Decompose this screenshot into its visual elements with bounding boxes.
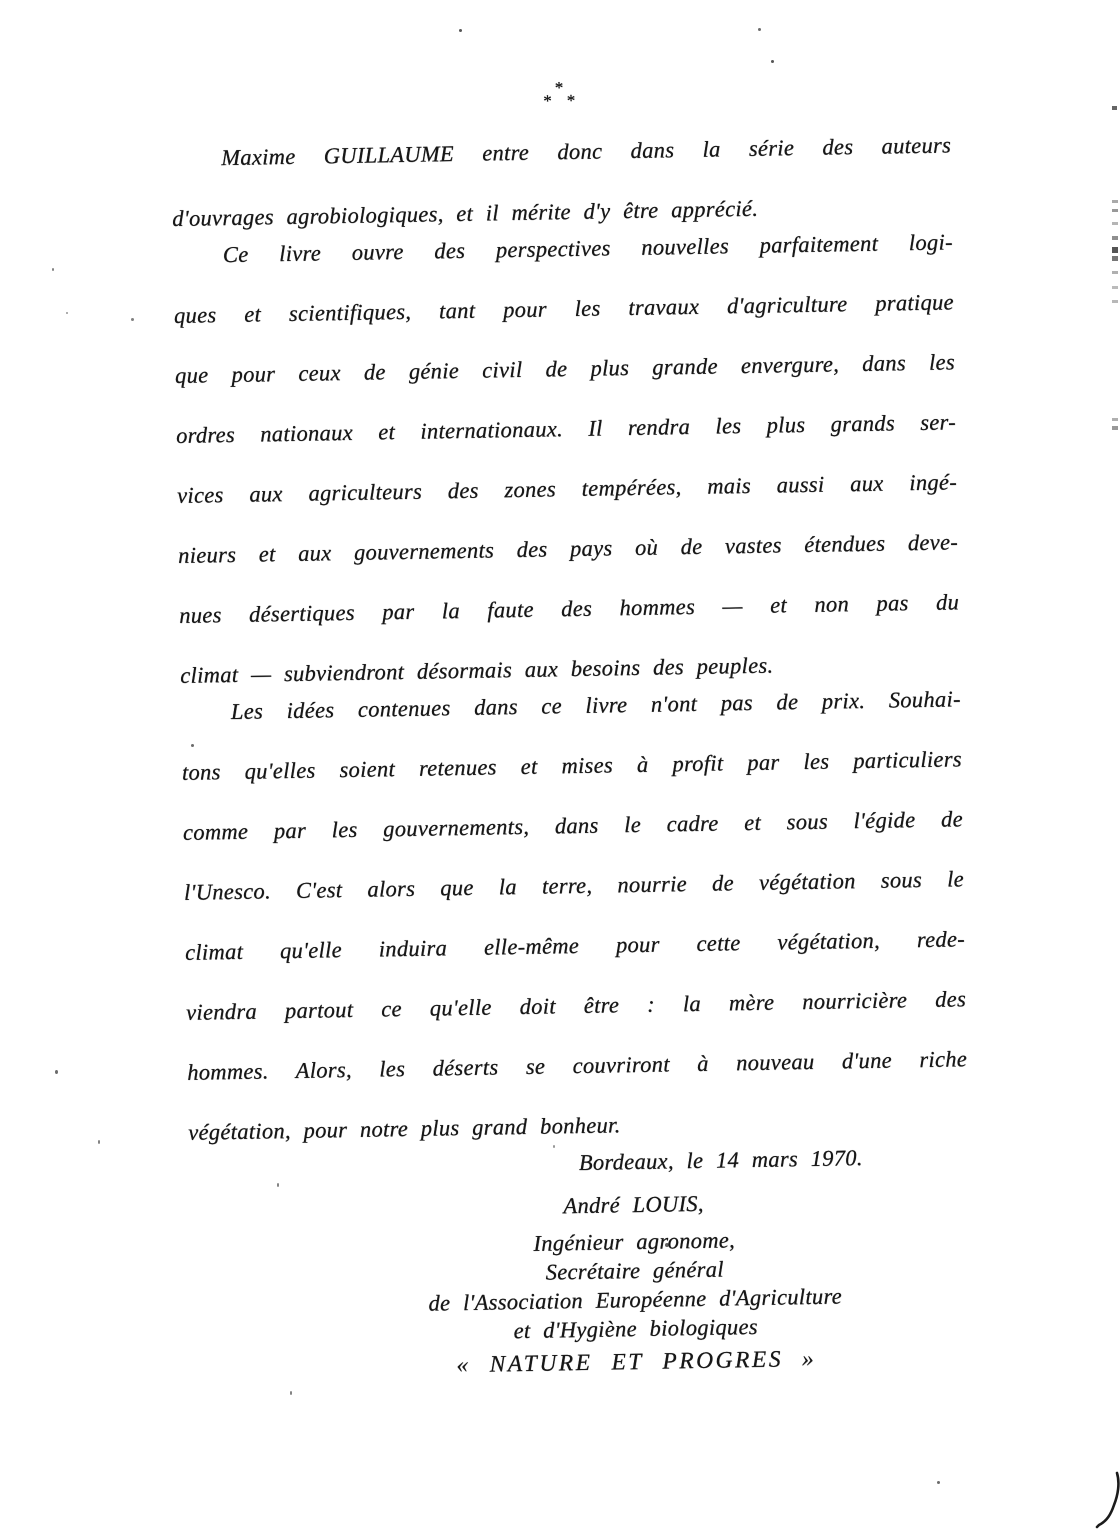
ornament-bottom-row: * * [538,94,582,108]
signature-motto: « NATURE ET PROGRES » [300,1342,972,1383]
paragraph-1: Maxime GUILLAUME entre donc dans la séri… [171,130,952,234]
paragraph-2: Ce livre ouvre des perspectives nouvelle… [173,227,961,691]
signature-name: André LOUIS, [297,1184,969,1225]
asterisk-ornament: * * * [538,81,582,108]
page-text-block: * * * Maxime GUILLAUME entre donc dans l… [170,74,973,1384]
pen-squiggle-mark [1094,1470,1120,1531]
paragraph-3: Les idées contenues dans ce livre n'ont … [181,684,969,1148]
scanned-book-page: * * * Maxime GUILLAUME entre donc dans l… [0,0,1120,1531]
dateline: Bordeaux, le 14 mars 1970. [189,1141,969,1185]
signature-block: André LOUIS, Ingénieur agronome, Secréta… [297,1184,972,1383]
